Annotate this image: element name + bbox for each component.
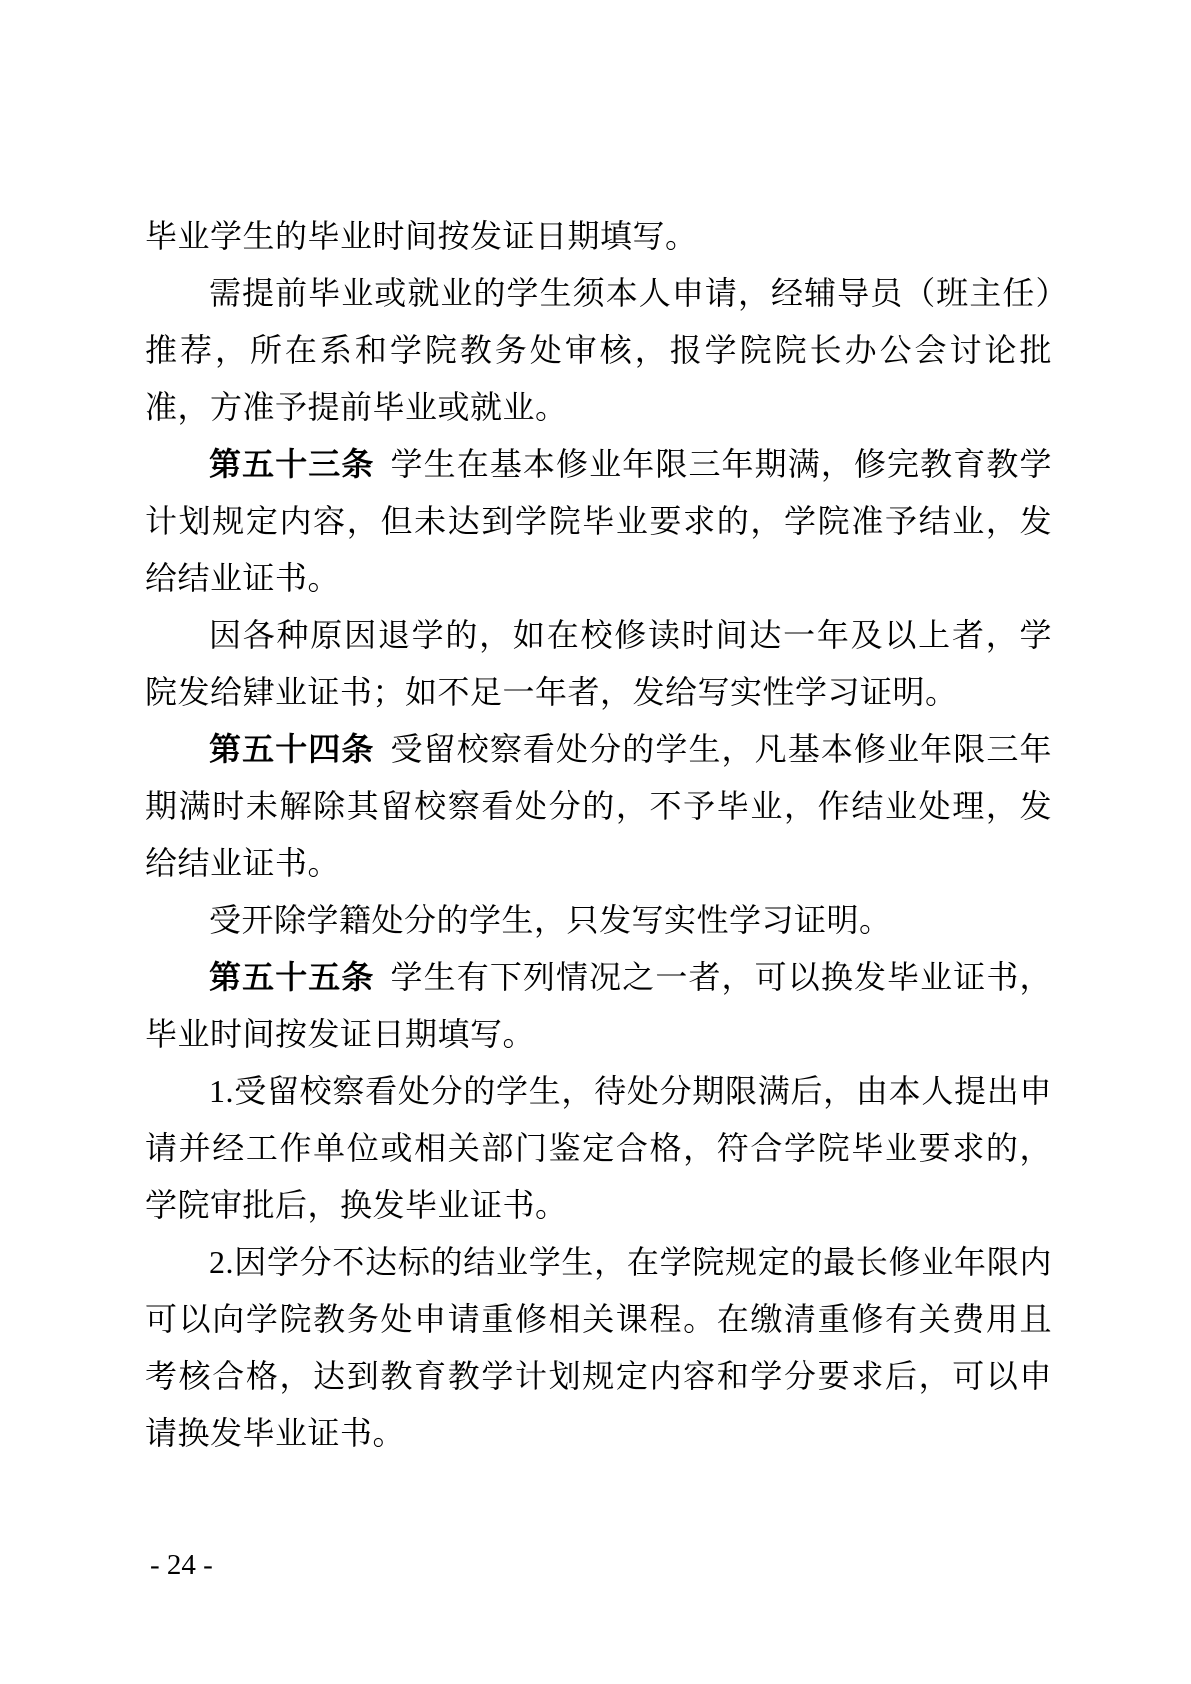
document-body: 毕业学生的毕业时间按发证日期填写。 需提前毕业或就业的学生须本人申请，经辅导员（… (145, 208, 1052, 1462)
paragraph: 2.因学分不达标的结业学生，在学院规定的最长修业年限内可以向学院教务处申请重修相… (145, 1234, 1052, 1462)
article-number: 第五十三条 (209, 446, 375, 482)
page-footer: - 24 - (150, 1545, 213, 1585)
paragraph-text: 毕业学生的毕业时间按发证日期填写。 (145, 218, 698, 254)
paragraph-text: 因各种原因退学的，如在校修读时间达一年及以上者，学院发给肄业证书；如不足一年者，… (145, 617, 1052, 710)
paragraph-text: 受开除学籍处分的学生，只发写实性学习证明。 (209, 902, 892, 938)
paragraph: 毕业学生的毕业时间按发证日期填写。 (145, 208, 1052, 265)
paragraph: 第五十三条学生在基本修业年限三年期满，修完教育教学计划规定内容，但未达到学院毕业… (145, 436, 1052, 607)
paragraph: 第五十五条学生有下列情况之一者，可以换发毕业证书，毕业时间按发证日期填写。 (145, 949, 1052, 1063)
paragraph: 因各种原因退学的，如在校修读时间达一年及以上者，学院发给肄业证书；如不足一年者，… (145, 607, 1052, 721)
article-number: 第五十五条 (209, 959, 375, 995)
paragraph: 需提前毕业或就业的学生须本人申请，经辅导员（班主任）推荐，所在系和学院教务处审核… (145, 265, 1052, 436)
article-number: 第五十四条 (209, 731, 375, 767)
document-page: 毕业学生的毕业时间按发证日期填写。 需提前毕业或就业的学生须本人申请，经辅导员（… (0, 0, 1191, 1684)
page-number: - 24 - (150, 1549, 213, 1581)
paragraph-text: 1.受留校察看处分的学生，待处分期限满后，由本人提出申请并经工作单位或相关部门鉴… (145, 1073, 1052, 1223)
paragraph: 第五十四条受留校察看处分的学生，凡基本修业年限三年期满时未解除其留校察看处分的，… (145, 721, 1052, 892)
paragraph-text: 2.因学分不达标的结业学生，在学院规定的最长修业年限内可以向学院教务处申请重修相… (145, 1244, 1052, 1451)
paragraph: 1.受留校察看处分的学生，待处分期限满后，由本人提出申请并经工作单位或相关部门鉴… (145, 1063, 1052, 1234)
paragraph-text: 需提前毕业或就业的学生须本人申请，经辅导员（班主任）推荐，所在系和学院教务处审核… (145, 275, 1052, 425)
paragraph: 受开除学籍处分的学生，只发写实性学习证明。 (145, 892, 1052, 949)
